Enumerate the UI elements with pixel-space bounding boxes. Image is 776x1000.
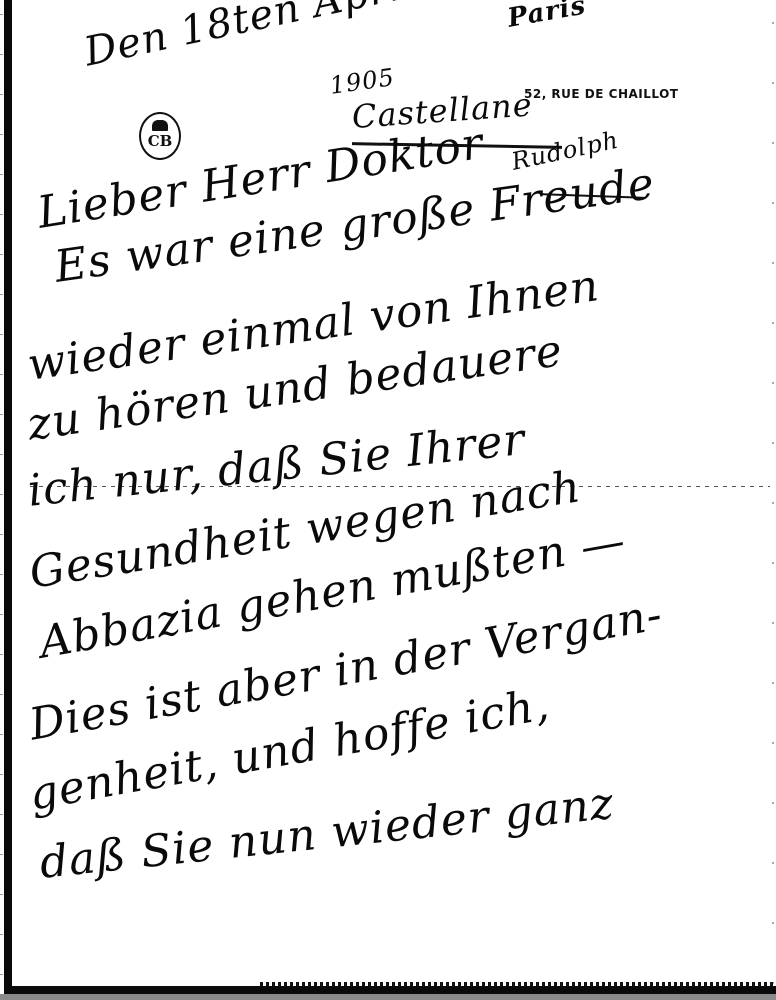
- scan-noise-right: [772, 0, 774, 1000]
- letterhead-address: 52, RUE DE CHAILLOT: [524, 87, 678, 101]
- scan-border-left: [4, 0, 12, 992]
- scan-border-bottom-gray: [0, 994, 776, 1000]
- monogram: CB: [141, 132, 179, 150]
- place: Paris: [505, 0, 588, 34]
- scan-border-bottom: [4, 986, 776, 994]
- crowned-monogram-crest-icon: CB: [139, 112, 181, 160]
- date-line: Den 18ten April: [80, 0, 420, 75]
- scan-noise-left: [0, 0, 3, 1000]
- letter-page: Den 18ten April 1905 Paris 52, RUE DE CH…: [0, 0, 776, 1000]
- crown-icon: [152, 120, 168, 131]
- year: 1905: [328, 63, 396, 100]
